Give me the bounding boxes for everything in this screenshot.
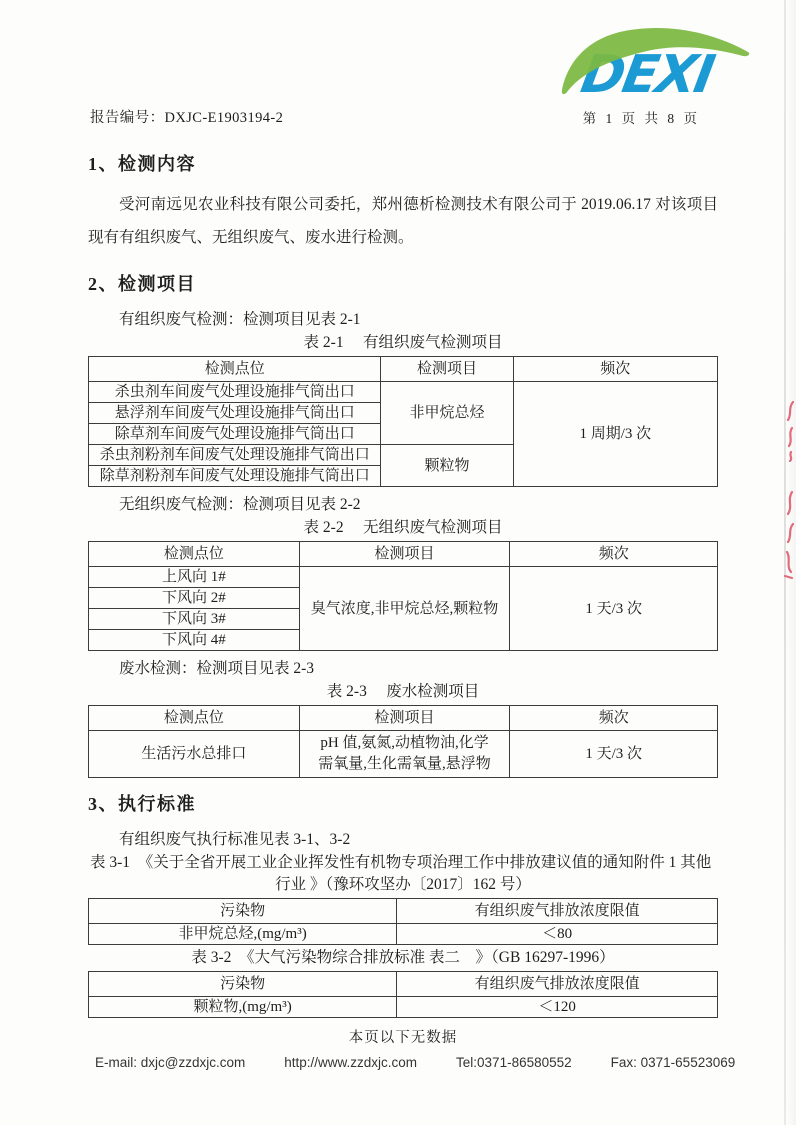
footer-fax: Fax: 0371-65523069	[611, 1055, 736, 1070]
site-cell: 杀虫剂车间废气处理设施排气筒出口	[89, 382, 381, 403]
table-row: 检测点位 检测项目 频次	[89, 357, 718, 382]
table-row: 颗粒物,(mg/m³) ＜120	[89, 997, 718, 1018]
section1-paragraph: 受河南远见农业科技有限公司委托，郑州德析检测技术有限公司于 2019.06.17…	[88, 188, 718, 254]
footer-website: http://www.zzdxjc.com	[284, 1055, 417, 1070]
site-cell: 下风向 4#	[89, 630, 300, 651]
footer-tel: Tel:0371-86580552	[456, 1055, 572, 1070]
site-cell: 下风向 2#	[89, 588, 300, 609]
item-cell: 臭气浓度,非甲烷总烃,颗粒物	[299, 567, 510, 651]
site-cell: 除草剂车间废气处理设施排气筒出口	[89, 424, 381, 445]
report-number: 报告编号：DXJC-E1903194-2	[90, 106, 283, 127]
col-header-frequency: 频次	[513, 357, 717, 382]
site-cell: 除草剂粉剂车间废气处理设施排气筒出口	[89, 466, 381, 487]
table-row: 杀虫剂车间废气处理设施排气筒出口 非甲烷总烃 1 周期/3 次	[89, 382, 718, 403]
intro-tables-3: 有组织废气执行标准见表 3-1、3-2	[88, 828, 718, 852]
table-2-3: 检测点位 检测项目 频次 生活污水总排口 pH 值,氨氮,动植物油,化学需氧量,…	[88, 705, 718, 778]
intro-table-2-1: 有组织废气检测：检测项目见表 2-1	[88, 308, 718, 332]
table-3-2: 污染物 有组织废气排放浓度限值 颗粒物,(mg/m³) ＜120	[88, 971, 718, 1018]
table-row: 污染物 有组织废气排放浓度限值	[89, 899, 718, 924]
margin-annotation-mark	[782, 488, 796, 580]
table-3-1-caption-line2: 行业 》（豫环攻坚办〔2017〕162 号）	[88, 874, 718, 896]
limit-cell: ＜80	[397, 924, 718, 945]
table-row: 检测点位 检测项目 频次	[89, 542, 718, 567]
page-number: 第 1 页 共 8 页	[583, 107, 700, 127]
table-row: 污染物 有组织废气排放浓度限值	[89, 972, 718, 997]
table-3-2-caption: 表 3-2 《大气污染物综合排放标准 表二 》（GB 16297-1996）	[88, 947, 718, 969]
col-header-limit: 有组织废气排放浓度限值	[397, 899, 718, 924]
table-2-2-caption: 表 2-2 无组织废气检测项目	[88, 517, 718, 539]
col-header-limit: 有组织废气排放浓度限值	[397, 972, 718, 997]
table-row: 生活污水总排口 pH 值,氨氮,动植物油,化学需氧量,生化需氧量,悬浮物 1 天…	[89, 731, 718, 778]
section3-heading: 3、执行标准	[88, 790, 718, 816]
limit-cell: ＜120	[397, 997, 718, 1018]
col-header-item: 检测项目	[381, 357, 513, 382]
footer-email: E-mail: dxjc@zzdxjc.com	[95, 1055, 245, 1070]
table-row: 检测点位 检测项目 频次	[89, 706, 718, 731]
col-header-item: 检测项目	[299, 706, 510, 731]
frequency-cell: 1 周期/3 次	[513, 382, 717, 487]
dexi-logo: DEXI	[554, 24, 754, 106]
item-cell: 颗粒物	[381, 445, 513, 487]
table-2-1: 检测点位 检测项目 频次 杀虫剂车间废气处理设施排气筒出口 非甲烷总烃 1 周期…	[88, 356, 718, 487]
table-3-1-caption-line1: 表 3-1 《关于全省开展工业企业挥发性有机物专项治理工作中排放建议值的通知附件…	[88, 852, 718, 874]
section1-heading: 1、检测内容	[88, 150, 718, 176]
col-header-site: 检测点位	[89, 357, 381, 382]
col-header-pollutant: 污染物	[89, 899, 397, 924]
item-cell: pH 值,氨氮,动植物油,化学需氧量,生化需氧量,悬浮物	[299, 731, 510, 778]
section2-heading: 2、检测项目	[88, 270, 718, 296]
site-cell: 下风向 3#	[89, 609, 300, 630]
margin-annotation-mark	[782, 398, 796, 462]
pollutant-cell: 颗粒物,(mg/m³)	[89, 997, 397, 1018]
table-2-1-caption: 表 2-1 有组织废气检测项目	[88, 332, 718, 354]
intro-table-2-2: 无组织废气检测：检测项目见表 2-2	[88, 493, 718, 517]
table-row: 上风向 1# 臭气浓度,非甲烷总烃,颗粒物 1 天/3 次	[89, 567, 718, 588]
site-cell: 生活污水总排口	[89, 731, 300, 778]
frequency-cell: 1 天/3 次	[510, 567, 718, 651]
end-of-page-note: 本页以下无数据	[88, 1026, 718, 1047]
item-cell: 非甲烷总烃	[381, 382, 513, 445]
col-header-frequency: 频次	[510, 542, 718, 567]
intro-table-2-3: 废水检测：检测项目见表 2-3	[88, 657, 718, 681]
table-row: 非甲烷总烃,(mg/m³) ＜80	[89, 924, 718, 945]
pollutant-cell: 非甲烷总烃,(mg/m³)	[89, 924, 397, 945]
table-3-1: 污染物 有组织废气排放浓度限值 非甲烷总烃,(mg/m³) ＜80	[88, 898, 718, 945]
col-header-item: 检测项目	[299, 542, 510, 567]
frequency-cell: 1 天/3 次	[510, 731, 718, 778]
col-header-frequency: 频次	[510, 706, 718, 731]
col-header-pollutant: 污染物	[89, 972, 397, 997]
site-cell: 上风向 1#	[89, 567, 300, 588]
report-body: 1、检测内容 受河南远见农业科技有限公司委托，郑州德析检测技术有限公司于 201…	[88, 150, 718, 1047]
col-header-site: 检测点位	[89, 542, 300, 567]
col-header-site: 检测点位	[89, 706, 300, 731]
report-page: DEXI 报告编号：DXJC-E1903194-2 第 1 页 共 8 页 1、…	[0, 0, 796, 1125]
page-footer: E-mail: dxjc@zzdxjc.com http://www.zzdxj…	[95, 1055, 755, 1070]
table-2-3-caption: 表 2-3 废水检测项目	[88, 681, 718, 703]
site-cell: 悬浮剂车间废气处理设施排气筒出口	[89, 403, 381, 424]
site-cell: 杀虫剂粉剂车间废气处理设施排气筒出口	[89, 445, 381, 466]
table-2-2: 检测点位 检测项目 频次 上风向 1# 臭气浓度,非甲烷总烃,颗粒物 1 天/3…	[88, 541, 718, 651]
